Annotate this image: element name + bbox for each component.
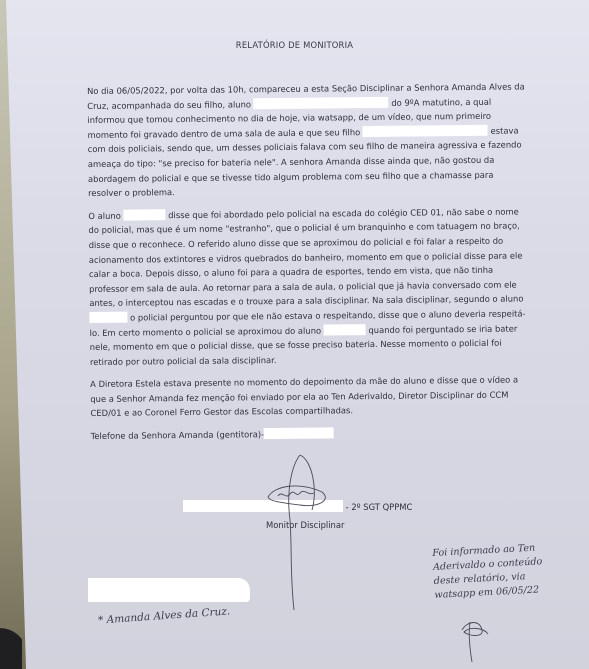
paragraph-2-text-b: disse que foi abordado pelo policial na … [88,206,523,308]
redaction-monitor-name [183,500,343,512]
document-body: No dia 06/05/2022, por volta das 10h, co… [87,79,531,451]
paragraph-2-text-a: O aluno [88,210,123,220]
phone-line: Telefone da Senhora Amanda (gentitora)- [91,424,531,443]
redaction-student-name [89,311,127,322]
signature-line: - 2º SGT QPPMC [183,500,412,512]
monitor-signature-icon [268,455,325,610]
document-title: RELATÓRIO DE MONITORIA [0,40,589,50]
redaction-student-name [363,125,488,137]
redaction-student-name [123,209,165,220]
redaction-student-name [324,324,366,335]
handwritten-note: Foi informado ao Ten Aderivaldo o conteú… [432,539,589,603]
document-page: RELATÓRIO DE MONITORIA No dia 06/05/2022… [0,0,589,669]
paragraph-2: O aluno disse que foi abordado pelo poli… [88,204,530,369]
redaction-student-name [254,96,389,108]
paragraph-1: No dia 06/05/2022, por volta das 10h, co… [87,79,528,200]
handwritten-mother-signature: * Amanda Alves da Cruz. [98,605,231,626]
paragraph-3: A Diretora Estela estava presente no mom… [90,373,530,421]
redaction-handwritten-name [88,578,250,602]
phone-label: Telefone da Senhora Amanda (gentitora)- [91,429,265,441]
signature-rank: - 2º SGT QPPMC [346,502,413,512]
signature-role: Monitor Disciplinar [266,520,344,530]
redaction-phone-number [264,427,334,439]
reviewer-signature-icon [462,622,488,662]
background-object [0,600,22,669]
